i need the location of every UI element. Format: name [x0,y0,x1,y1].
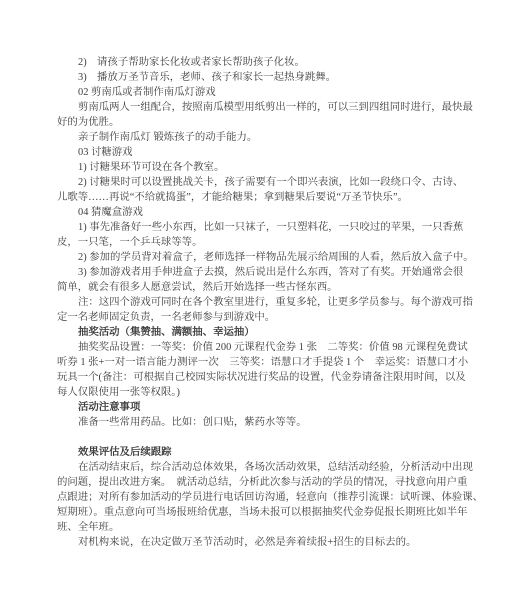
text-line: 注：这四个游戏可同时在各个教室里进行，重复多轮，让更多学员参与。每个游戏可指 [57,295,474,310]
document-page: 2) 请孩子帮助家长化妆或者家长帮助孩子化妆。3) 播放万圣节音乐，老师、孩子和… [0,0,527,608]
text-line: 1) 事先准备好一些小东西，比如一只袜子，一只塑料花，一只咬过的苹果，一只香蕉 [57,220,474,235]
text-line: 2) 参加的学员背对着盒子，老师选择一样物品先展示给周围的人看，然后放入盒子中。 [57,250,474,265]
text-line: 抽奖活动（集赞抽、满额抽、幸运抽） [57,325,474,340]
text-line: 每人仅限使用一张等权限。) [57,385,474,400]
text-line: 的问题，提出改进方案。 就活动总结，分析此次参与活动的学员的情况，寻找意向用户重 [57,475,474,490]
text-line: 04 猜魔盒游戏 [57,205,474,220]
text-line: 亲子制作南瓜灯 锻炼孩子的动手能力。 [57,130,474,145]
text-line: 班、全年班。 [57,520,474,535]
text-line: 剪南瓜两人一组配合，按照南瓜模型用纸剪出一样的，可以三到四组同时进行，最快最 [57,100,474,115]
text-line: 在活动结束后，综合活动总体效果，各场次活动效果，总结活动经验，分析活动中出现 [57,460,474,475]
text-line: 好的为优胜。 [57,115,474,130]
text-line: 3) 参加游戏者用手伸进盒子去摸，然后说出是什么东西，答对了有奖。开始通常会很 [57,265,474,280]
text-line: 1) 讨糖果环节可设在各个教室。 [57,160,474,175]
text-line: 定一名老师固定负责，一名老师参与到游戏中。 [57,310,474,325]
text-line: 短期班）。重点意向可当场报班给优惠，当场未报可以根据抽奖代金券促报长期班比如半年 [57,505,474,520]
blank-line [57,430,474,445]
text-line: 准备一些常用药品。比如：创口贴，紫药水等等。 [57,415,474,430]
text-line: 03 讨糖游戏 [57,145,474,160]
text-line: 点跟进；对所有参加活动的学员进行电话回访沟通，轻意向（推荐引流课：试听课、体验课… [57,490,474,505]
text-line: 儿歌等……再说“不给就捣蛋”，才能给糖果；拿到糖果后要说“万圣节快乐”。 [57,190,474,205]
text-line: 活动注意事项 [57,400,474,415]
text-line: 3) 播放万圣节音乐，老师、孩子和家长一起热身跳舞。 [57,70,474,85]
text-line: 听券 1 张+一对一语言能力测评一次 三等奖：语慧口才手提袋 1 个 幸运奖：语… [57,355,474,370]
text-line: 效果评估及后续跟踪 [57,445,474,460]
document-body: 2) 请孩子帮助家长化妆或者家长帮助孩子化妆。3) 播放万圣节音乐，老师、孩子和… [57,55,474,550]
text-line: 玩具一个(备注：可根据自己校园实际状况进行奖品的设置，代金券请备注限用时间，以及 [57,370,474,385]
text-line: 抽奖奖品设置：一等奖：价值 200 元课程代金券 1 张 二等奖：价值 98 元… [57,340,474,355]
text-line: 02 剪南瓜或者制作南瓜灯游戏 [57,85,474,100]
text-line: 对机构来说，在决定做万圣节活动时，必然是奔着续报+招生的目标去的。 [57,535,474,550]
text-line: 皮，一只笔，一个乒乓球等等。 [57,235,474,250]
text-line: 2) 请孩子帮助家长化妆或者家长帮助孩子化妆。 [57,55,474,70]
text-line: 简单，就会有很多人愿意尝试，然后开始选择一些古怪东西。 [57,280,474,295]
text-line: 2) 讨糖果时可以设置挑战关卡，孩子需要有一个即兴表演，比如一段绕口令、古诗、 [57,175,474,190]
